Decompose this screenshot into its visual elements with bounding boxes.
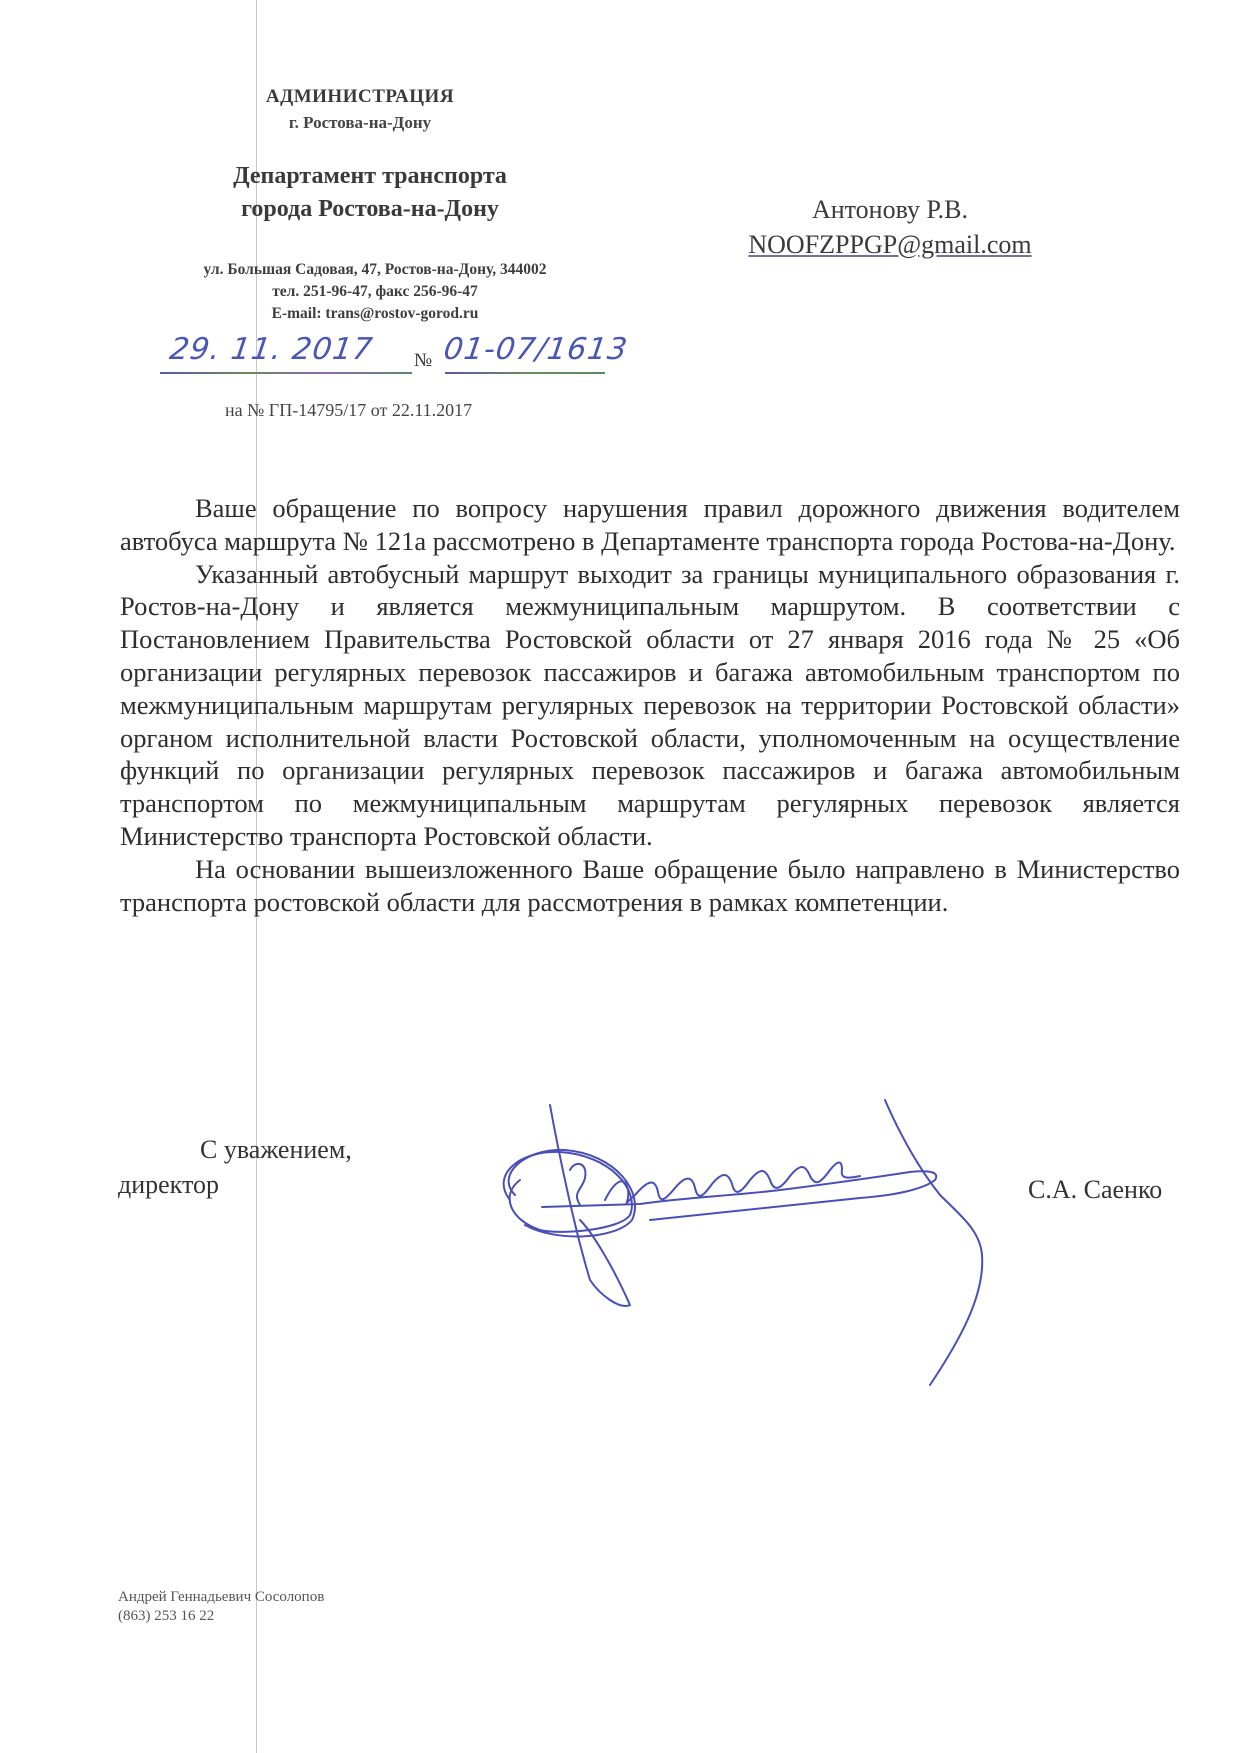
signer-position: директор <box>118 1170 219 1200</box>
number-underline <box>445 372 605 374</box>
date-underline <box>160 372 412 374</box>
department-name-line2: города Ростова-на-Дону <box>160 196 580 223</box>
department-address: ул. Большая Садовая, 47, Ростов-на-Дону,… <box>150 261 600 279</box>
handwritten-signature <box>480 1080 1000 1400</box>
number-sign: № <box>414 350 432 372</box>
incoming-reference: на № ГП-14795/17 от 22.11.2017 <box>225 400 472 421</box>
department-email: E-mail: trans@rostov-gorod.ru <box>150 305 600 323</box>
organization-city: г. Ростова-на-Дону <box>160 113 560 133</box>
department-phone-fax: тел. 251-96-47, факс 256-96-47 <box>150 283 600 301</box>
handwritten-date: 29. 11. 2017 <box>168 332 376 367</box>
executor-name: Андрей Геннадьевич Сосолопов <box>118 1589 324 1606</box>
registration-row: 29. 11. 2017 № 01-07/1613 <box>160 332 660 378</box>
organization-title: АДМИНИСТРАЦИЯ <box>160 86 560 108</box>
body-paragraph: Ваше обращение по вопросу нарушения прав… <box>120 492 1180 558</box>
department-name-line1: Департамент транспорта <box>160 163 580 190</box>
recipient-email: NOOFZPPGP@gmail.com <box>720 230 1060 260</box>
body-paragraph: Указанный автобусный маршрут выходит за … <box>120 558 1180 853</box>
letter-body: Ваше обращение по вопросу нарушения прав… <box>120 492 1180 918</box>
closing-phrase: С уважением, <box>200 1135 352 1165</box>
body-paragraph: На основании вышеизложенного Ваше обраще… <box>120 853 1180 919</box>
recipient-name: Антонову Р.В. <box>720 195 1060 225</box>
signer-name: С.А. Саенко <box>1028 1175 1162 1205</box>
handwritten-outgoing-number: 01-07/1613 <box>442 332 631 367</box>
executor-phone: (863) 253 16 22 <box>118 1608 214 1625</box>
